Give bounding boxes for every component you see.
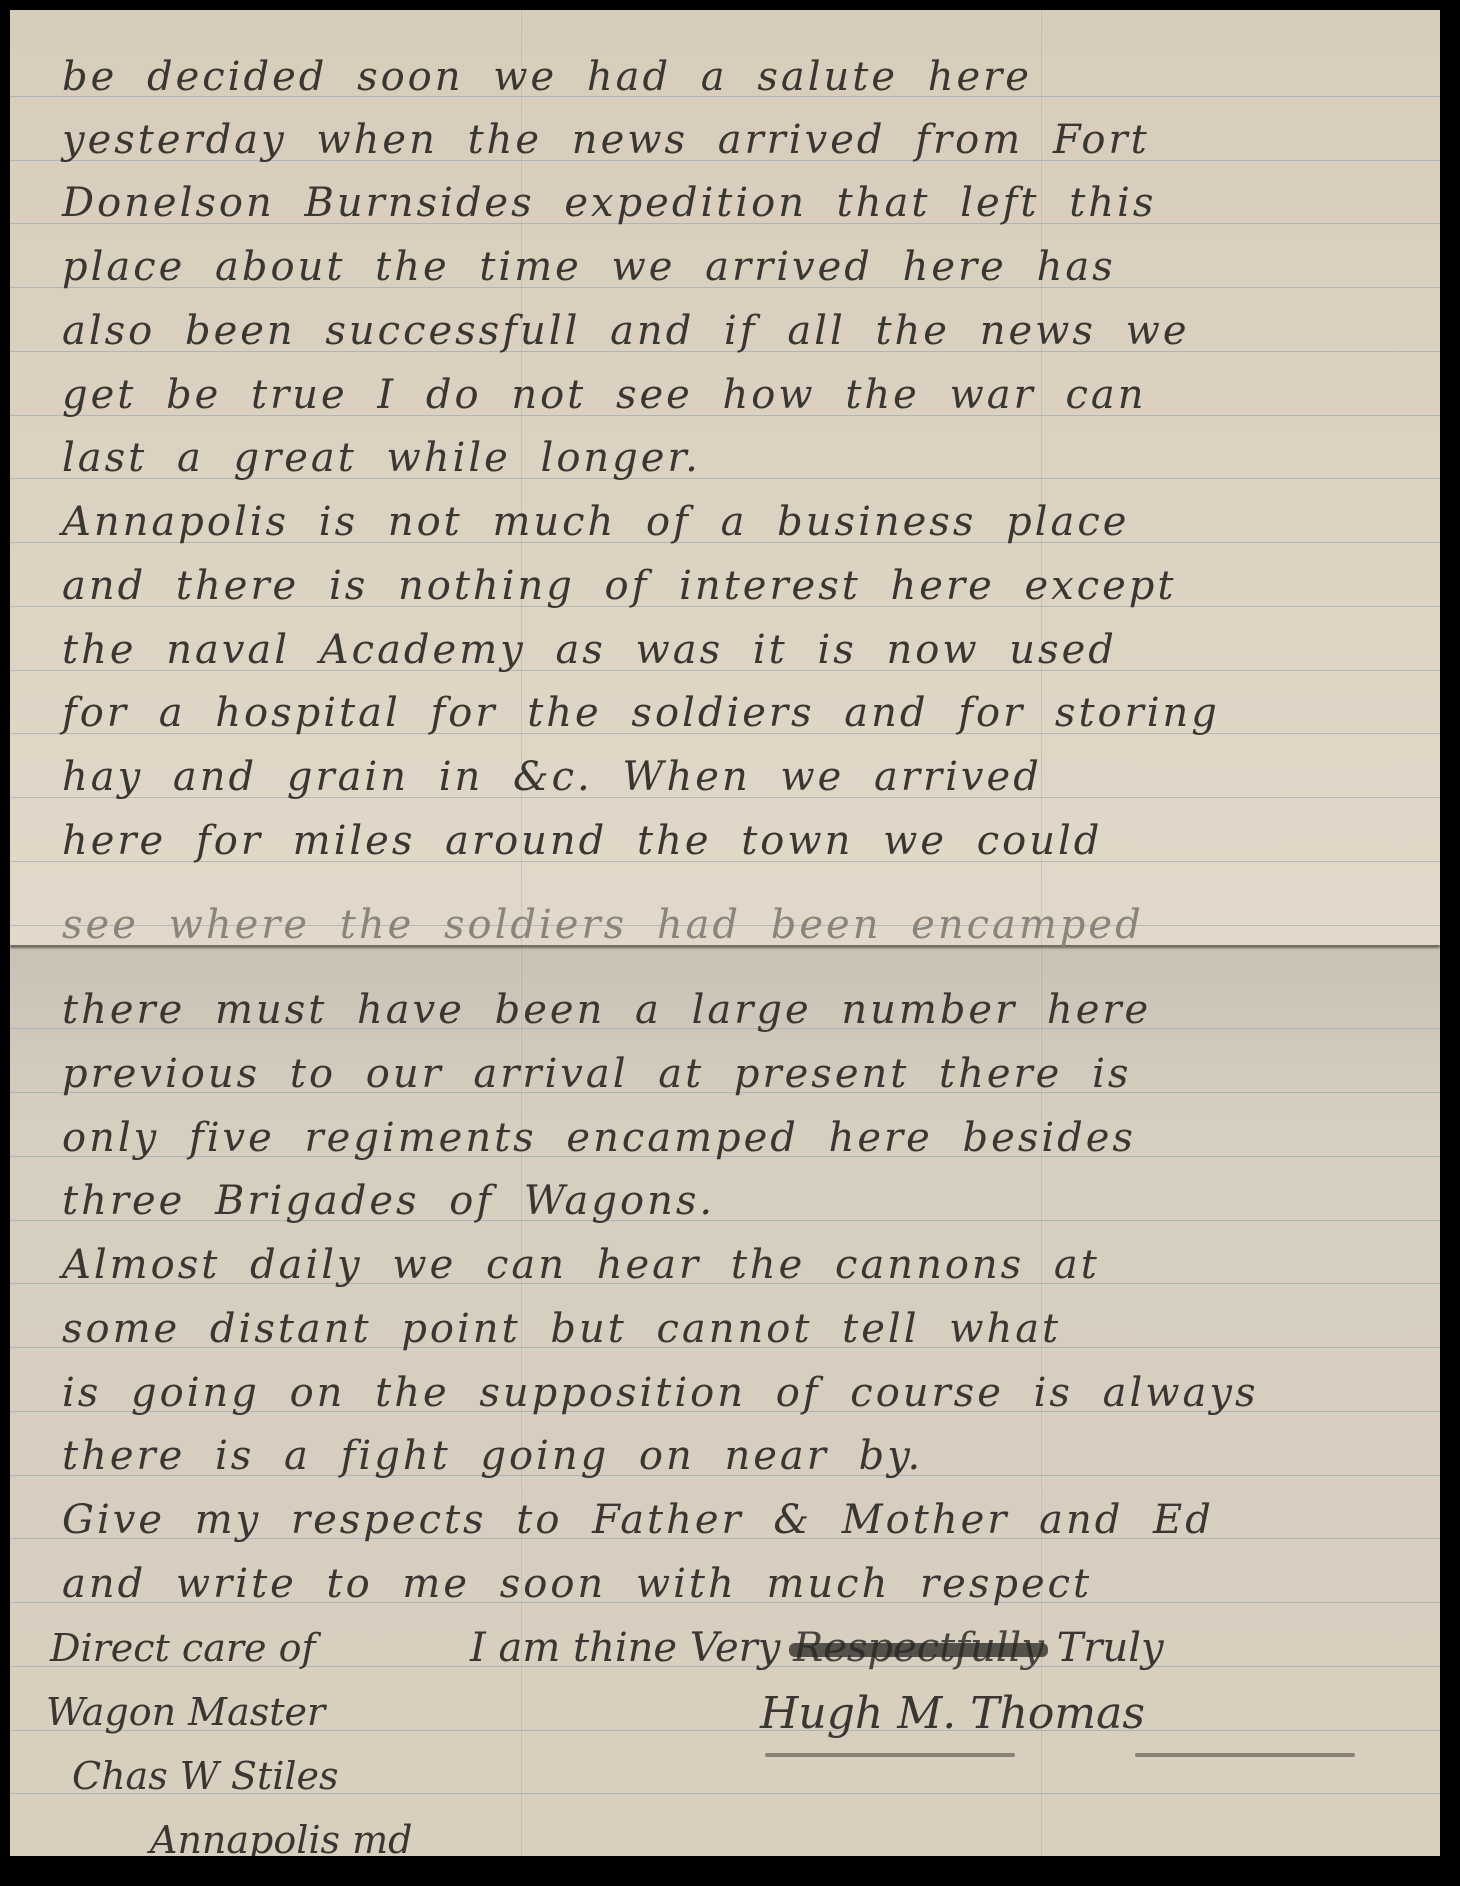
text-line: Annapolis is not much of a business plac…: [62, 497, 1432, 547]
text-line: get be true I do not see how the war can: [62, 370, 1432, 420]
closing-prefix: I am thine Very: [470, 1625, 780, 1671]
text-line: last a great while longer.: [62, 433, 1432, 483]
text-line-partially-hidden: see where the soldiers had been encamped: [62, 900, 1432, 950]
address-line: Chas W Stiles: [72, 1751, 339, 1801]
address-line: Annapolis md: [150, 1815, 413, 1856]
upper-fold-panel: be decided soon we had a salute here yes…: [10, 10, 1440, 945]
text-line: previous to our arrival at present there…: [62, 1049, 1432, 1099]
text-line: here for miles around the town we could: [62, 816, 1432, 866]
text-line: the naval Academy as was it is now used: [62, 625, 1432, 675]
text-line: three Brigades of Wagons.: [62, 1176, 1432, 1226]
text-line: hay and grain in &c. When we arrived: [62, 752, 1432, 802]
text-line: there is a fight going on near by.: [62, 1431, 1432, 1481]
text-line: Donelson Burnsides expedition that left …: [62, 178, 1432, 228]
text-line: only five regiments encamped here beside…: [62, 1113, 1432, 1163]
text-line: place about the time we arrived here has: [62, 242, 1432, 292]
lower-fold-panel: there must have been a large number here…: [10, 945, 1440, 1856]
text-line: is going on the supposition of course is…: [62, 1368, 1432, 1418]
address-line: Wagon Master: [46, 1687, 325, 1737]
text-line: be decided soon we had a salute here: [62, 52, 1432, 102]
signature-underline: [1135, 1753, 1355, 1757]
address-line: Direct care of: [50, 1623, 316, 1673]
text-line: and write to me soon with much respect: [62, 1559, 1432, 1609]
text-line: Almost daily we can hear the cannons at: [62, 1240, 1432, 1290]
text-line: yesterday when the news arrived from For…: [62, 115, 1432, 165]
text-line: there must have been a large number here: [62, 985, 1432, 1035]
signature-underline: [765, 1753, 1015, 1757]
closing-line: I am thine Very Respectfully Truly: [470, 1623, 1164, 1673]
text-line: some distant point but cannot tell what: [62, 1304, 1432, 1354]
letter-sheet: be decided soon we had a salute here yes…: [10, 10, 1440, 1856]
text-line: and there is nothing of interest here ex…: [62, 561, 1432, 611]
text-line: also been successfull and if all the new…: [62, 306, 1432, 356]
text-line: for a hospital for the soldiers and for …: [62, 688, 1432, 738]
text-line: Give my respects to Father & Mother and …: [62, 1495, 1432, 1545]
struck-out-word: Respectfully: [793, 1623, 1044, 1673]
signature: Hugh M. Thomas: [760, 1689, 1145, 1739]
closing-suffix: Truly: [1057, 1625, 1164, 1671]
